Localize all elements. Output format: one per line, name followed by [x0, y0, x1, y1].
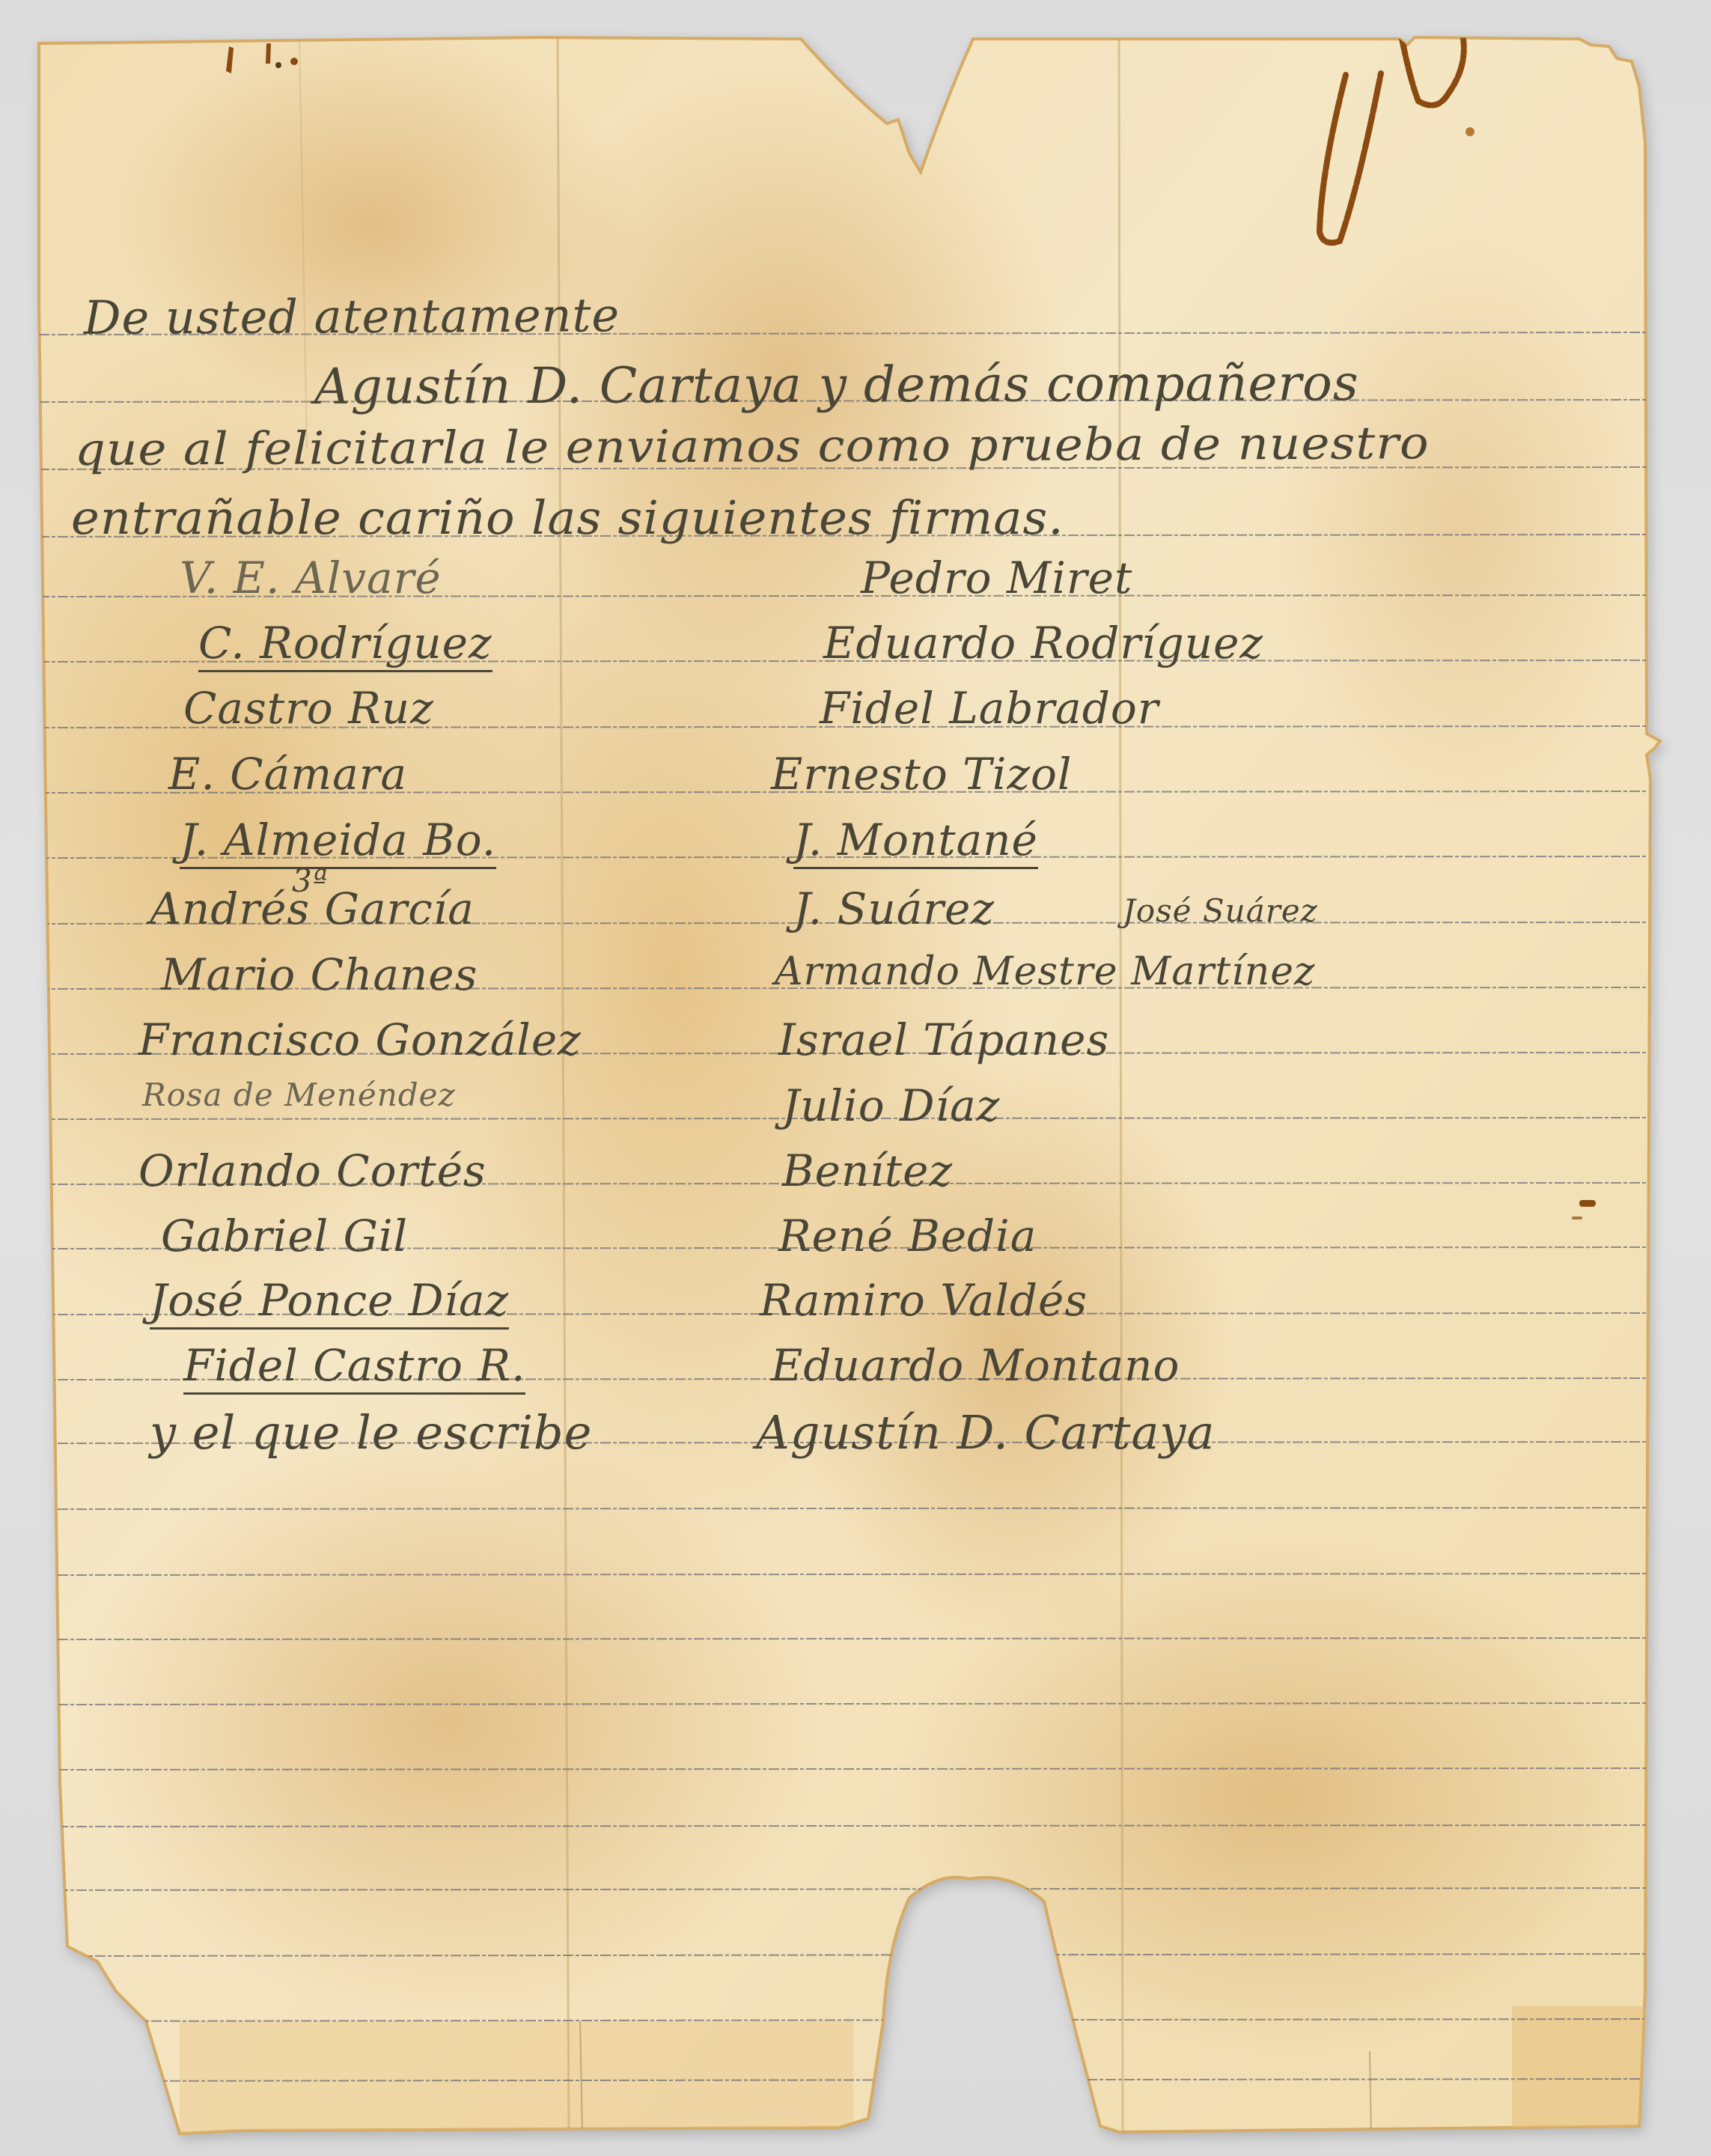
signature-left-9: Rosa de Menéndez: [142, 1077, 456, 1113]
signature-left-1: V. E. Alvaré: [180, 552, 442, 603]
signature-right-7: Armando Mestre Martínez: [775, 949, 1315, 994]
signature-left-12: José Ponce Díaz: [150, 1275, 509, 1330]
signature-left-5: J. Almeida Bo.: [180, 814, 496, 869]
signature-right-4: Ernesto Tizol: [771, 749, 1072, 800]
signature-right-12: Ramiro Valdés: [760, 1275, 1088, 1326]
signature-right-2: Eduardo Rodríguez: [823, 618, 1263, 669]
signature-left-2: C. Rodríguez: [198, 618, 492, 672]
signature-right-6: J. Suárez: [793, 883, 995, 934]
signature-left-8: Francisco González: [138, 1014, 582, 1065]
signature-right-5: J. Montané: [793, 814, 1038, 869]
signature-right-3: Fidel Labrador: [820, 683, 1159, 734]
signature-left-3: Castro Ruz: [183, 683, 434, 734]
letter-line-4: entrañable cariño las siguientes firmas.: [71, 490, 1064, 545]
signature-right-extra: José Suárez: [1123, 892, 1318, 929]
signature-left-10: Orlando Cortés: [138, 1145, 487, 1196]
signature-left-7: Mario Chanes: [161, 949, 478, 1000]
signature-left-11: Gabriel Gil: [161, 1211, 408, 1261]
closing-text: y el que le escribe: [150, 1405, 592, 1460]
closing-signature: Agustín D. Cartaya: [756, 1405, 1215, 1460]
letter-line-1: De usted atentamente: [84, 287, 620, 345]
letter-line-2: Agustín D. Cartaya y demás compañeros: [314, 354, 1359, 415]
signature-right-13: Eduardo Montano: [771, 1340, 1180, 1391]
signature-left-13: Fidel Castro R.: [183, 1340, 525, 1395]
signature-right-10: Benítez: [782, 1145, 953, 1196]
letter-line-3: que al felicitarla le enviamos como prue…: [75, 417, 1430, 476]
signature-right-8: Israel Tápanes: [778, 1014, 1109, 1065]
signature-left-6: Andrés García: [150, 883, 475, 934]
signature-right-11: René Bedia: [778, 1211, 1037, 1261]
signature-right-1: Pedro Miret: [861, 552, 1132, 603]
signature-right-9: Julio Díaz: [782, 1080, 1000, 1131]
signature-left-4: E. Cámara: [168, 749, 407, 800]
